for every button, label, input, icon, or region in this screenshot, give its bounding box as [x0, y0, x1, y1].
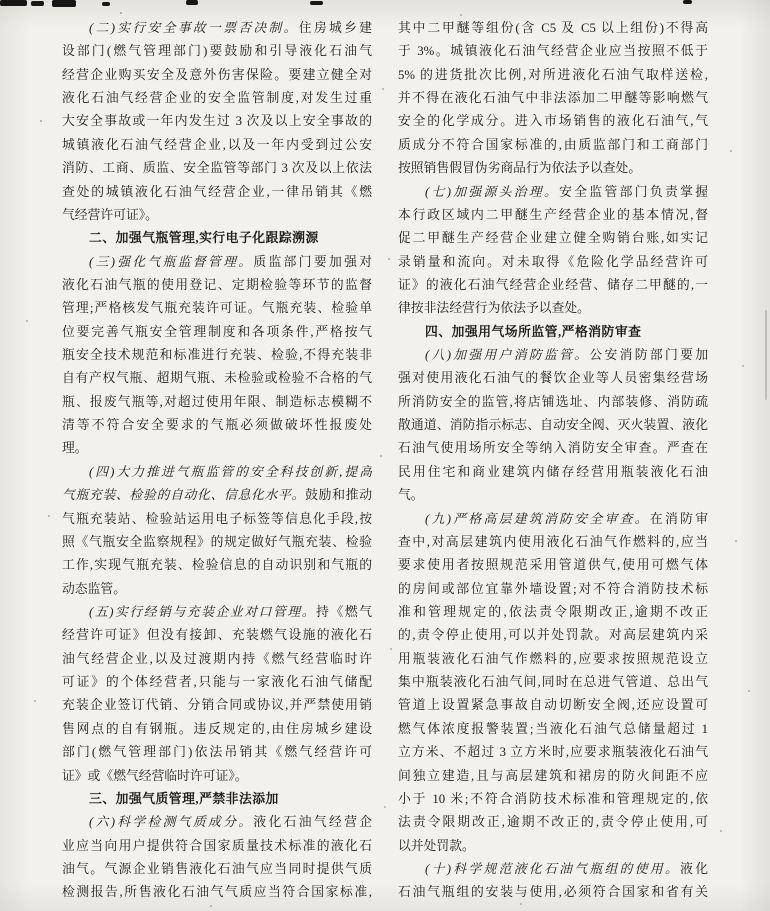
body-text: 位要完善气瓶安全管理制度和各项条件,严格按气: [62, 325, 372, 339]
body-text: 大安全事故或一年内发生过 3 次及以上安全事故的: [62, 114, 372, 128]
text-line: (十)科学规范液化石油气瓶组的使用。液化: [398, 858, 708, 881]
scan-artifact: [52, 0, 76, 7]
text-line: 5% 的进货批次比例,对所进液化石油气取样送检,: [398, 64, 708, 87]
body-text: 理。: [62, 441, 88, 455]
body-text: 经营许可证》但没有接卸、充装燃气设施的液化石: [62, 628, 372, 642]
text-line: 油气。气源企业销售液化石油气应当同时提供气质: [62, 858, 372, 881]
text-line: 设部门(燃气管理部门)要鼓励和引导液化石油气: [62, 40, 372, 63]
body-text: 公安消防部门要加: [589, 348, 708, 362]
body-text: 油气经营企业,以及过渡期内持《燃气经营临时许: [62, 652, 372, 666]
text-line: 管道上设置紧急事故自动切断安全阀,还应设置可: [398, 694, 708, 717]
item-lead-text: (五)实行经销与充装企业对口管理。: [89, 605, 316, 619]
body-text: 间独立建造,且与高层建筑和裙房的防火间距不应: [398, 769, 708, 783]
scan-artifact: [186, 0, 198, 5]
scan-artifact: [102, 2, 110, 6]
item-lead-text: (七)加强源头治理。: [425, 185, 559, 199]
document-page: (二)实行安全事故一票否决制。住房城乡建设部门(燃气管理部门)要鼓励和引导液化石…: [0, 0, 770, 911]
text-line: 城镇液化石油气经营企业,以及一年内受到过公安: [62, 134, 372, 157]
text-line: 大安全事故或一年内发生过 3 次及以上安全事故的: [62, 110, 372, 133]
body-text: 民用住宅和商业建筑内储存经营用瓶装液化石油: [398, 465, 708, 479]
body-text: 燃气体浓度报警装置;当液化石油气总储量超过 1: [398, 722, 708, 736]
body-text: 液化石油气瓶的使用登记、定期检验等环节的监督: [62, 278, 372, 292]
body-text: 住房城乡建: [299, 21, 372, 35]
text-line: 检测报告,所售液化石油气气质应当符合国家标准,: [62, 881, 372, 904]
body-text: 消防、工商、质监、安全监管等部门 3 次及以上依法: [62, 161, 372, 175]
section-heading: 三、加强气质管理,严禁非法添加: [89, 792, 279, 806]
text-line: 业应当向用户提供符合国家质量技术标准的液化石: [62, 835, 372, 858]
body-text: 安全的化学成分。进入市场销售的液化石油气,气: [398, 114, 708, 128]
section-heading: 二、加强气瓶管理,实行电子化跟踪溯源: [89, 231, 319, 245]
body-text: 气瓶充装站、检验站运用电子标签等信息化手段,按: [62, 512, 372, 526]
text-line: 准和管理规定的,依法责令限期改正,逾期不改正: [398, 601, 708, 624]
body-text: 充装企业签订代销、分销合同或协议,并严禁使用销: [62, 698, 372, 712]
body-text: 石油气使用场所安全等纳入消防安全审查。严查在: [398, 441, 708, 455]
text-line: 查中,对高层建筑内使用液化石油气作燃料的,应当: [398, 531, 708, 554]
text-line: 于 3%。城镇液化石油气经营企业应当按照不低于: [398, 40, 708, 63]
text-line: 要求使用者按照规范采用管道供气,使用可燃气体: [398, 554, 708, 577]
text-line: 集中瓶装液化石油气间,同时在总进气管道、总出气: [398, 671, 708, 694]
body-text: 其中二甲醚等组份(含 C5 及 C5 以上组份)不得高: [398, 21, 708, 35]
item-lead-text: (九)严格高层建筑消防安全审查。: [425, 512, 650, 526]
body-text: 安全监管部门负责掌握: [559, 185, 708, 199]
body-text: 城镇液化石油气经营企业,以及一年内受到过公安: [62, 138, 372, 152]
text-line: 自有产权气瓶、超期气瓶、未检验或检验不合格的气: [62, 367, 372, 390]
text-line: 燃气体浓度报警装置;当液化石油气总储量超过 1: [398, 718, 708, 741]
body-text: 于 3%。城镇液化石油气经营企业应当按照不低于: [398, 44, 708, 58]
text-line: 民用住宅和商业建筑内储存经营用瓶装液化石油: [398, 461, 708, 484]
body-text: 小于 10 米;不符合消防技术标准和管理规定的,依: [398, 792, 708, 806]
body-text: 自有产权气瓶、超期气瓶、未检验或检验不合格的气: [62, 371, 372, 385]
body-text: 售网点的自有钢瓶。违反规定的,由住房城乡建设: [62, 722, 372, 736]
text-line: (二)实行安全事故一票否决制。住房城乡建: [62, 17, 372, 40]
text-line: 促二甲醚生产经营企业建立健全购销台账,如实记: [398, 227, 708, 250]
text-line: 管理;严格核发气瓶充装许可证。气瓶充装、检验单: [62, 297, 372, 320]
text-line: 液化石油气瓶的使用登记、定期检验等环节的监督: [62, 274, 372, 297]
text-line: 以并处罚款。: [398, 835, 708, 858]
text-line: 经营企业购买安全及意外伤害保险。要建立健全对: [62, 64, 372, 87]
body-text: 查中,对高层建筑内使用液化石油气作燃料的,应当: [398, 535, 708, 549]
text-line: 录销量和流向。对未取得《危险化学品经营许可: [398, 251, 708, 274]
text-line: (三)强化气瓶监督管理。质监部门要加强对: [62, 251, 372, 274]
body-text: 管道上设置紧急事故自动切断安全阀,还应设置可: [398, 698, 708, 712]
body-text: 液化: [680, 862, 708, 876]
text-line: 油气经营企业,以及过渡期内持《燃气经营临时许: [62, 648, 372, 671]
text-line: 的房间或部位宜靠外墙设置;对不符合消防技术标: [398, 578, 708, 601]
text-line: 法责令限期改正,逾期不改正的,责令停止使用,可: [398, 811, 708, 834]
text-line: 小于 10 米;不符合消防技术标准和管理规定的,依: [398, 788, 708, 811]
body-text: 油气。气源企业销售液化石油气应当同时提供气质: [62, 862, 372, 876]
scan-artifact: [765, 310, 767, 400]
text-line: 瓶安全技术规范和标准进行充装、检验,不得充装非: [62, 344, 372, 367]
text-line: 理。: [62, 437, 372, 460]
scan-artifact: [0, 0, 27, 6]
text-line: 其中二甲醚等组份(含 C5 及 C5 以上组份)不得高: [398, 17, 708, 40]
text-column-right: 其中二甲醚等组份(含 C5 及 C5 以上组份)不得高于 3%。城镇液化石油气经…: [398, 17, 708, 905]
text-line: 气。: [398, 484, 708, 507]
scan-artifact: [683, 0, 692, 4]
body-text: 检测报告,所售液化石油气气质应当符合国家标准,: [62, 885, 372, 899]
body-text: 瓶、报废气瓶等,对超过使用年限、制造标志模糊不: [62, 395, 372, 409]
body-text: 质成分不符合国家标准的,由质监部门和工商部门: [398, 138, 708, 152]
body-text: 在消防审: [650, 512, 708, 526]
body-text: 集中瓶装液化石油气间,同时在总进气管道、总出气: [398, 675, 708, 689]
text-line: 可证》的个体经营者,只能与一家液化石油气储配: [62, 671, 372, 694]
text-line: 照《气瓶安全监察规程》的规定做好气瓶充装、检验: [62, 531, 372, 554]
body-text: 质监部门要加强对: [253, 255, 372, 269]
text-line: 散通道、消防指示标志、自动安全阀、灭火装置、液化: [398, 414, 708, 437]
item-lead-text: (三)强化气瓶监督管理。: [89, 255, 253, 269]
text-line: 石油气瓶组的安装与使用,必须符合国家和省有关: [398, 881, 708, 904]
body-text: 准和管理规定的,依法责令限期改正,逾期不改正: [398, 605, 708, 619]
body-text: 清等不符合安全要求的气瓶必须做破坏性报废处: [62, 418, 372, 432]
body-text: 本行政区域内二甲醚生产经营企业的基本情况,督: [398, 208, 708, 222]
text-line: 间独立建造,且与高层建筑和裙房的防火间距不应: [398, 765, 708, 788]
text-line: 按照销售假冒伪劣商品行为依法予以查处。: [398, 157, 708, 180]
body-text: 录销量和流向。对未取得《危险化学品经营许可: [398, 255, 708, 269]
text-line: 瓶、报废气瓶等,对超过使用年限、制造标志模糊不: [62, 391, 372, 414]
body-text: 律按非法经营行为依法予以查处。: [398, 301, 590, 315]
body-text: 并不得在液化石油气中非法添加二甲醚等影响燃气: [398, 91, 708, 105]
body-text: 用瓶装液化石油气作燃料的,应要求按照规范设立: [398, 652, 708, 666]
text-line: (六)科学检测气质成分。液化石油气经营企: [62, 811, 372, 834]
body-text: 鼓励和推动: [305, 488, 372, 502]
text-line: 三、加强气质管理,严禁非法添加: [62, 788, 372, 811]
text-line: 气瓶充装站、检验站运用电子标签等信息化手段,按: [62, 508, 372, 531]
text-line: 证》的液化石油气经营企业经营、储存二甲醚的,一: [398, 274, 708, 297]
body-text: 证》或《燃气经营临时许可证》。: [62, 769, 248, 783]
text-column-left: (二)实行安全事故一票否决制。住房城乡建设部门(燃气管理部门)要鼓励和引导液化石…: [62, 17, 372, 905]
body-text: 业应当向用户提供符合国家质量技术标准的液化石: [62, 839, 372, 853]
text-line: 动态监管。: [62, 578, 372, 601]
text-line: 安全的化学成分。进入市场销售的液化石油气,气: [398, 110, 708, 133]
scan-noise: [0, 0, 2, 2]
body-text: 气。: [398, 488, 424, 502]
text-line: 所消防安全的监管,将店铺选址、内部装修、消防疏: [398, 391, 708, 414]
scan-artifact: [310, 1, 323, 5]
item-lead-text: (六)科学检测气质成分。: [89, 815, 253, 829]
text-line: (七)加强源头治理。安全监管部门负责掌握: [398, 181, 708, 204]
body-text: 照《气瓶安全监察规程》的规定做好气瓶充装、检验: [62, 535, 372, 549]
body-text: 动态监管。: [62, 582, 126, 596]
text-line: 石油气使用场所安全等纳入消防安全审查。严查在: [398, 437, 708, 460]
body-text: 液化石油气经营企: [253, 815, 372, 829]
body-text: 查处的城镇液化石油气经营企业,一律吊销其《燃: [62, 185, 372, 199]
body-text: 要求使用者按照规范采用管道供气,使用可燃气体: [398, 558, 708, 572]
body-text: 所消防安全的监管,将店铺选址、内部装修、消防疏: [398, 395, 708, 409]
text-line: 部门(燃气管理部门)依法吊销其《燃气经营许可: [62, 741, 372, 764]
text-line: 的,责令停止使用,可以并处罚款。对高层建筑内采: [398, 624, 708, 647]
body-text: 促二甲醚生产经营企业建立健全购销台账,如实记: [398, 231, 708, 245]
text-line: 清等不符合安全要求的气瓶必须做破坏性报废处: [62, 414, 372, 437]
item-lead-text: (八)加强用户消防监管。: [425, 348, 589, 362]
text-line: (八)加强用户消防监管。公安消防部门要加: [398, 344, 708, 367]
text-line: 液化石油气经营企业的安全监管制度,对发生过重: [62, 87, 372, 110]
text-line: 四、加强用气场所监管,严格消防审查: [398, 321, 708, 344]
body-text: 经营企业购买安全及意外伤害保险。要建立健全对: [62, 68, 372, 82]
body-text: 按照销售假冒伪劣商品行为依法予以查处。: [398, 161, 641, 175]
item-lead-text: (十)科学规范液化石油气瓶组的使用。: [425, 862, 680, 876]
scan-artifact: [31, 1, 44, 6]
body-text: 立方米、不超过 3 立方米时,应要求瓶装液化石油气: [398, 745, 708, 759]
body-text: 部门(燃气管理部门)依法吊销其《燃气经营许可: [62, 745, 372, 759]
section-heading: 四、加强用气场所监管,严格消防审查: [425, 325, 641, 339]
item-lead-text: 气瓶充装、检验的自动化、信息化水平。: [62, 488, 305, 502]
body-text: 以并处罚款。: [398, 839, 475, 853]
text-line: (四)大力推进气瓶监管的安全科技创新,提高: [62, 461, 372, 484]
body-text: 散通道、消防指示标志、自动安全阀、灭火装置、液化: [398, 418, 708, 432]
text-line: 律按非法经营行为依法予以查处。: [398, 297, 708, 320]
text-line: 立方米、不超过 3 立方米时,应要求瓶装液化石油气: [398, 741, 708, 764]
text-line: (五)实行经销与充装企业对口管理。持《燃气: [62, 601, 372, 624]
body-text: 证》的液化石油气经营企业经营、储存二甲醚的,一: [398, 278, 708, 292]
body-text: 气经营许可证》。: [62, 208, 158, 222]
text-line: 本行政区域内二甲醚生产经营企业的基本情况,督: [398, 204, 708, 227]
text-line: 充装企业签订代销、分销合同或协议,并严禁使用销: [62, 694, 372, 717]
text-line: 消防、工商、质监、安全监管等部门 3 次及以上依法: [62, 157, 372, 180]
body-text: 工作,实现气瓶充装、检验信息的自动识别和气瓶的: [62, 558, 372, 572]
body-text: 液化石油气经营企业的安全监管制度,对发生过重: [62, 91, 372, 105]
text-line: (九)严格高层建筑消防安全审查。在消防审: [398, 508, 708, 531]
text-line: 售网点的自有钢瓶。违反规定的,由住房城乡建设: [62, 718, 372, 741]
text-line: 证》或《燃气经营临时许可证》。: [62, 765, 372, 788]
body-text: 的,责令停止使用,可以并处罚款。对高层建筑内采: [398, 628, 708, 642]
text-line: 查处的城镇液化石油气经营企业,一律吊销其《燃: [62, 181, 372, 204]
body-text: 强对使用液化石油气的餐饮企业等人员密集经营场: [398, 371, 708, 385]
text-line: 二、加强气瓶管理,实行电子化跟踪溯源: [62, 227, 372, 250]
text-line: 强对使用液化石油气的餐饮企业等人员密集经营场: [398, 367, 708, 390]
text-line: 位要完善气瓶安全管理制度和各项条件,严格按气: [62, 321, 372, 344]
item-lead-text: (四)大力推进气瓶监管的安全科技创新,提高: [89, 465, 372, 479]
text-line: 用瓶装液化石油气作燃料的,应要求按照规范设立: [398, 648, 708, 671]
text-line: 经营许可证》但没有接卸、充装燃气设施的液化石: [62, 624, 372, 647]
body-text: 石油气瓶组的安装与使用,必须符合国家和省有关: [398, 885, 708, 899]
item-lead-text: (二)实行安全事故一票否决制。: [89, 21, 299, 35]
body-text: 5% 的进货批次比例,对所进液化石油气取样送检,: [398, 68, 708, 82]
text-line: 工作,实现气瓶充装、检验信息的自动识别和气瓶的: [62, 554, 372, 577]
body-text: 设部门(燃气管理部门)要鼓励和引导液化石油气: [62, 44, 372, 58]
body-text: 可证》的个体经营者,只能与一家液化石油气储配: [62, 675, 372, 689]
text-line: 质成分不符合国家标准的,由质监部门和工商部门: [398, 134, 708, 157]
body-text: 持《燃气: [316, 605, 372, 619]
body-text: 管理;严格核发气瓶充装许可证。气瓶充装、检验单: [62, 301, 372, 315]
text-line: 气瓶充装、检验的自动化、信息化水平。鼓励和推动: [62, 484, 372, 507]
text-line: 并不得在液化石油气中非法添加二甲醚等影响燃气: [398, 87, 708, 110]
body-text: 的房间或部位宜靠外墙设置;对不符合消防技术标: [398, 582, 708, 596]
text-line: 气经营许可证》。: [62, 204, 372, 227]
body-text: 瓶安全技术规范和标准进行充装、检验,不得充装非: [62, 348, 372, 362]
body-text: 法责令限期改正,逾期不改正的,责令停止使用,可: [398, 815, 708, 829]
